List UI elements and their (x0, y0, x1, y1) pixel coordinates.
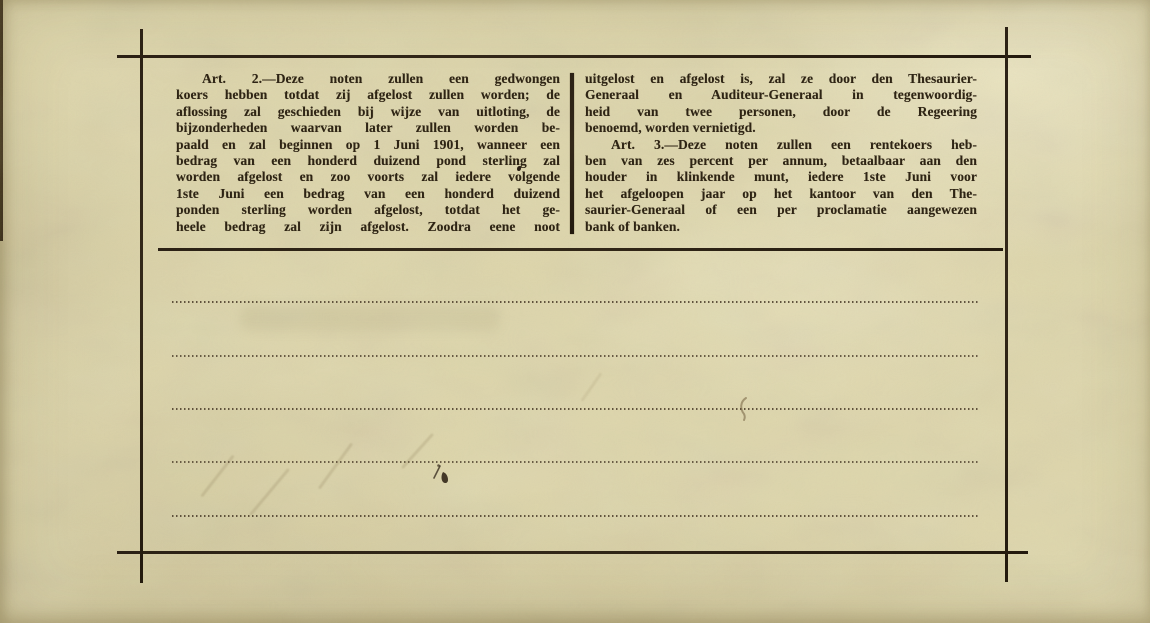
banknote-back: Art. 2.—Deze noten zullen een gedwongen … (0, 0, 1150, 623)
text-line: Generaal en Auditeur-Generaal in tegenwo… (585, 87, 977, 103)
show-through-marks (401, 433, 434, 469)
text-line: worden afgelost en zoo voorts zal iedere… (176, 169, 560, 185)
horizontal-separator-rule (158, 248, 1003, 251)
text-line: paald en zal beginnen op 1 Juni 1901, wa… (176, 137, 560, 153)
column-divider-rule (570, 73, 574, 234)
faint-ink-mark (733, 395, 757, 425)
signature-dotted-line (172, 355, 978, 357)
article-2-column: Art. 2.—Deze noten zullen een gedwongen … (176, 71, 560, 235)
text-line: houder in klinkende munt, iedere 1ste Ju… (585, 169, 977, 185)
show-through-marks (318, 442, 353, 489)
text-line: bijzonderheden waarvan later zullen word… (176, 120, 560, 136)
article-3-column: uitgelost en afgelost is, zal ze door de… (585, 71, 977, 235)
show-through-marks (240, 305, 500, 331)
text-line: bank of banken. (585, 219, 977, 235)
signature-dotted-line (172, 301, 978, 303)
signature-center-divider (0, 0, 3, 241)
text-line: 1ste Juni een bedrag van een honderd dui… (176, 186, 560, 202)
text-line: koers hebben totdat zij afgelost zullen … (176, 87, 560, 103)
signature-dotted-line (172, 408, 978, 410)
paper-texture (0, 0, 1150, 623)
show-through-marks (249, 468, 290, 516)
text-line: het afgeloopen jaar op het kantoor van d… (585, 186, 977, 202)
text-line: Art. 3.—Deze noten zullen een rentekoers… (585, 137, 977, 153)
text-line: heid van twee personen, door de Regeerin… (585, 104, 977, 120)
frame-right-line (1005, 27, 1008, 582)
text-line: heele bedrag zal zijn afgelost. Zoodra e… (176, 219, 560, 235)
frame-top-line (117, 55, 1031, 58)
text-line: aflossing zal geschieden bij wijze van u… (176, 104, 560, 120)
signature-dotted-line (172, 461, 978, 463)
ink-smudge (430, 463, 460, 493)
show-through-marks (581, 372, 603, 402)
frame-bottom-line (117, 551, 1028, 554)
text-line: uitgelost en afgelost is, zal ze door de… (585, 71, 977, 87)
text-line: ben van zes percent per annum, betaalbaa… (585, 153, 977, 169)
text-line: ponden sterling worden afgelost, totdat … (176, 202, 560, 218)
signature-dotted-line (172, 515, 978, 517)
text-line: benoemd, worden vernietigd. (585, 120, 977, 136)
text-line: saurier-Generaal of een per proclamatie … (585, 202, 977, 218)
frame-left-line (140, 29, 143, 583)
text-line: bedrag van een honderd duizend pond ster… (176, 153, 560, 169)
text-line: Art. 2.—Deze noten zullen een gedwongen (176, 71, 560, 87)
